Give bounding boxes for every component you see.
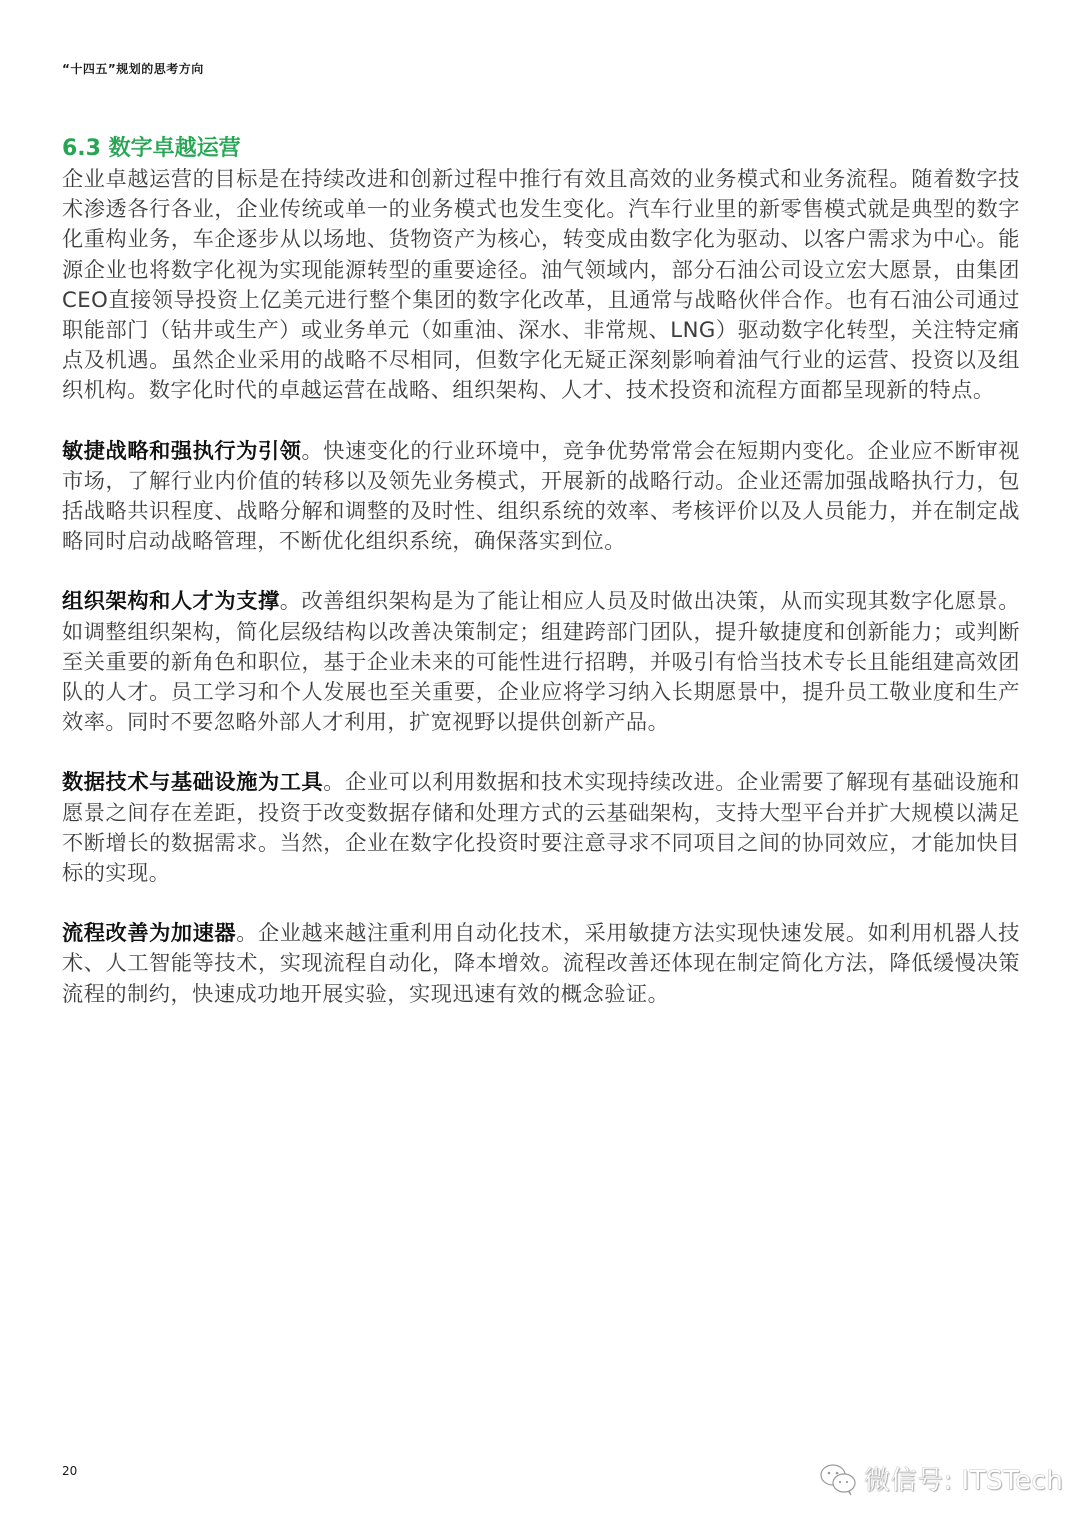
page-content: 6.3 数字卓越运营 企业卓越运营的目标是在持续改进和创新过程中推行有效且高效的… [62,134,1020,1009]
paragraph-lead: 组织架构和人才为支撑 [62,588,280,613]
paragraph-lead: 流程改善为加速器 [62,920,236,945]
paragraph-lead: 数据技术与基础设施为工具 [62,769,323,794]
paragraph-organization-talent: 组织架构和人才为支撑。改善组织架构是为了能让相应人员及时做出决策，从而实现其数字… [62,586,1020,737]
watermark: 微信号: ITSTech [818,1460,1063,1497]
watermark-text: 微信号: ITSTech [864,1460,1063,1497]
paragraph-agile-strategy: 敏捷战略和强执行为引领。快速变化的行业环境中，竞争优势常常会在短期内变化。企业应… [62,436,1020,557]
page-number: 20 [62,1464,77,1478]
paragraph-process-improvement: 流程改善为加速器。企业越来越注重利用自动化技术，采用敏捷方法实现快速发展。如利用… [62,918,1020,1009]
paragraph-lead: 敏捷战略和强执行为引领 [62,438,302,463]
paragraph-data-infrastructure: 数据技术与基础设施为工具。企业可以利用数据和技术实现持续改进。企业需要了解现有基… [62,767,1020,888]
running-header: “十四五”规划的思考方向 [62,60,204,77]
wechat-icon [818,1462,858,1496]
section-title: 6.3 数字卓越运营 [62,134,1020,164]
intro-paragraph: 企业卓越运营的目标是在持续改进和创新过程中推行有效且高效的业务模式和业务流程。随… [62,164,1020,406]
